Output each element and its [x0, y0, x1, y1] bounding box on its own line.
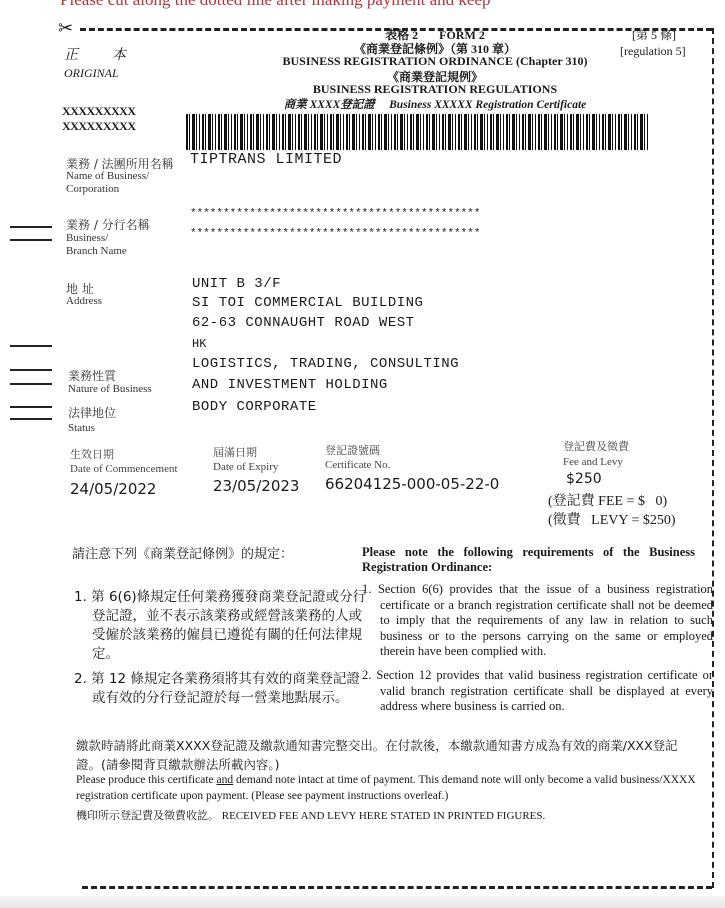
copy-type-en: ORIGINAL	[64, 66, 119, 81]
branch-name-label-en-1: Business/	[66, 232, 108, 244]
address-line-4: HK	[192, 337, 206, 351]
status-label-zh: 法律地位	[68, 404, 116, 421]
regulations-en: BUSINESS REGISTRATION REGULATIONS	[260, 82, 610, 97]
commencement-label-zh: 生效日期	[70, 446, 114, 462]
commencement-label-en: Date of Commencement	[70, 463, 178, 475]
fee-levy-total: $250	[566, 471, 602, 487]
certificate-no-label-en: Certificate No.	[325, 459, 390, 471]
nature-label-zh: 業務性質	[68, 367, 116, 384]
cut-instruction: Please cut along the dotted line after m…	[60, 0, 491, 10]
notes-heading-zh: 請注意下列《商業登記條例》的規定：	[72, 545, 293, 564]
business-name-value: TIPTRANS LIMITED	[190, 151, 342, 168]
payment-text-1: Please produce this certificate	[76, 774, 217, 786]
expiry-label-en: Date of Expiry	[213, 461, 278, 473]
address-label-en: Address	[66, 295, 102, 307]
page-edge	[0, 896, 725, 908]
certificate-title-en: Business XXXXX Registration Certificate	[389, 99, 586, 111]
note-zh-1: 1. 第 6(6)條規定任何業務獲發商業登記證或分行登記證，並不表示該業務或經營…	[74, 588, 370, 664]
margin-mark	[10, 369, 52, 371]
redacted-code-1: XXXXXXXXX	[62, 104, 136, 119]
margin-mark	[10, 406, 52, 408]
received-statement: 機印所示登記費及徵費收訖。 RECEIVED FEE AND LEVY HERE…	[76, 807, 545, 823]
redacted-code-2: XXXXXXXXX	[62, 119, 136, 134]
regulation-ref-zh: [第 5 條]	[632, 26, 676, 43]
expiry-value: 23/05/2023	[213, 477, 299, 495]
commencement-value: 24/05/2022	[70, 480, 156, 498]
margin-mark	[10, 345, 52, 347]
nature-line-2: AND INVESTMENT HOLDING	[192, 377, 388, 393]
business-name-label-en-1: Name of Business/	[66, 170, 149, 182]
branch-name-value-1: ****************************************…	[190, 208, 480, 220]
margin-mark	[10, 418, 52, 420]
fee-line: (登記費 FEE = $ 0)	[548, 490, 667, 510]
barcode	[186, 114, 650, 150]
regulation-ref-en: [regulation 5]	[620, 44, 686, 59]
certificate-title-zh: 商業 XXXX登記證	[284, 99, 375, 111]
cut-line-right	[712, 28, 714, 888]
address-line-1: UNIT B 3/F	[192, 276, 281, 292]
branch-name-label-zh: 業務 / 分行名稱	[66, 216, 150, 233]
margin-mark	[10, 239, 52, 241]
copy-type-zh: 正 本	[64, 44, 136, 64]
address-line-2: SI TOI COMMERCIAL BUILDING	[192, 295, 423, 311]
levy-line: (徵費 LEVY = $250)	[548, 509, 676, 529]
payment-text-underlined: and	[217, 774, 234, 786]
nature-label-en: Nature of Business	[68, 383, 152, 395]
payment-instruction-zh: 繳款時請將此商業XXXX登記證及繳款通知書完整交出。在付款後，本繳款通知書方成為…	[76, 736, 694, 774]
ordinance-en: BUSINESS REGISTRATION ORDINANCE (Chapter…	[260, 54, 610, 69]
status-value: BODY CORPORATE	[192, 399, 317, 415]
branch-name-label-en-2: Branch Name	[66, 245, 127, 257]
certificate-no-value: 66204125-000-05-22-0	[325, 475, 499, 493]
cut-line-bottom	[82, 886, 712, 889]
fee-levy-label-en: Fee and Levy	[563, 456, 623, 468]
note-zh-2: 2. 第 12 條規定各業務須將其有效的商業登記證或有效的分行登記證於每一營業地…	[74, 670, 370, 708]
nature-line-1: LOGISTICS, TRADING, CONSULTING	[192, 356, 459, 372]
note-en-2: 2. Section 12 provides that valid busine…	[362, 668, 713, 715]
certificate-no-label-zh: 登記證號碼	[325, 442, 380, 458]
scissors-icon: ✂	[58, 18, 73, 39]
branch-name-value-2: ****************************************…	[190, 228, 480, 240]
business-name-label-en-2: Corporation	[66, 183, 119, 195]
note-en-1: 1. Section 6(6) provides that the issue …	[362, 582, 713, 660]
margin-mark	[10, 383, 52, 385]
expiry-label-zh: 屆滿日期	[213, 444, 257, 460]
certificate-title: 商業 XXXX登記證 Business XXXXX Registration C…	[260, 96, 610, 112]
payment-instruction-en: Please produce this certificate and dema…	[76, 772, 696, 804]
notes-heading-en: Please note the following requirements o…	[362, 545, 695, 575]
fee-levy-label-zh: 登記費及徵費	[563, 438, 629, 454]
margin-mark	[10, 226, 52, 228]
address-line-3: 62-63 CONNAUGHT ROAD WEST	[192, 315, 415, 331]
status-label-en: Status	[68, 422, 95, 434]
